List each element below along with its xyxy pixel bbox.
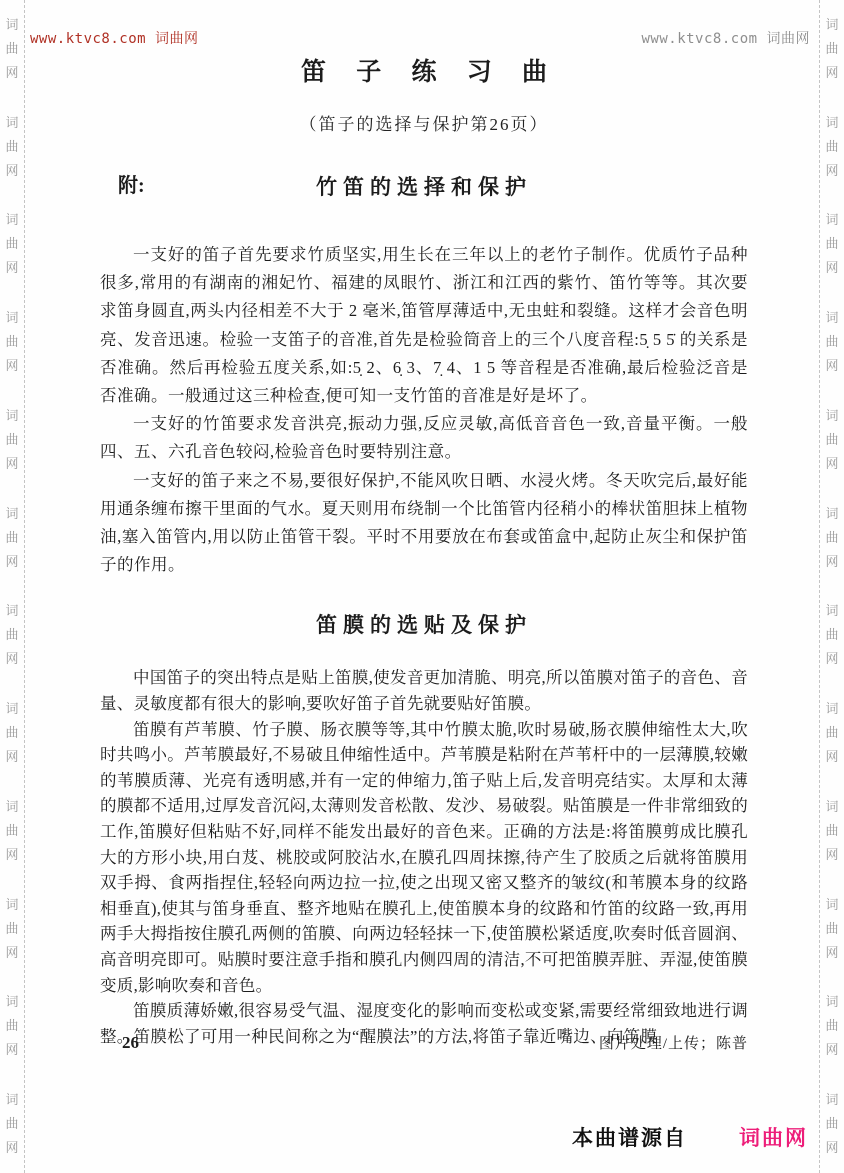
side-watermark-text: 词曲网 xyxy=(5,697,18,769)
side-watermark-text: 词曲网 xyxy=(825,404,838,476)
side-watermark-text: 词曲网 xyxy=(825,795,838,867)
side-watermark-text: 词曲网 xyxy=(5,404,18,476)
page-subtitle: （笛子的选择与保护第26页） xyxy=(100,110,748,135)
side-watermark-text: 词曲网 xyxy=(5,990,18,1062)
section1-paragraph: 一支好的竹笛要求发音洪亮,振动力强,反应灵敏,高低音音色一致,音量平衡。一般四、… xyxy=(100,410,748,466)
side-watermark-text: 词曲网 xyxy=(5,599,18,671)
section2-paragraph: 笛膜有芦苇膜、竹子膜、肠衣膜等等,其中竹膜太脆,吹时易破,肠衣膜伸缩性太大,吹时… xyxy=(100,717,748,999)
section2-body: 中国笛子的突出特点是贴上笛膜,使发音更加清脆、明亮,所以笛膜对笛子的音色、音量、… xyxy=(100,665,748,1049)
side-watermark-text: 词曲网 xyxy=(825,111,838,183)
side-watermark-text: 词曲网 xyxy=(5,111,18,183)
section1-heading-row: 附: 竹笛的选择和保护 xyxy=(100,171,748,215)
section2-paragraph: 中国笛子的突出特点是贴上笛膜,使发音更加清脆、明亮,所以笛膜对笛子的音色、音量、… xyxy=(100,665,748,716)
page-title: 笛 子 练 习 曲 xyxy=(100,52,748,88)
right-watermark-column: 词曲网词曲网词曲网词曲网词曲网词曲网词曲网词曲网词曲网词曲网词曲网词曲网 xyxy=(824,0,840,1173)
side-watermark-text: 词曲网 xyxy=(5,1088,18,1160)
section1-paragraph: 一支好的笛子来之不易,要很好保护,不能风吹日晒、水浸火烤。冬天吹完后,最好能用通… xyxy=(100,467,748,580)
side-watermark-text: 词曲网 xyxy=(5,795,18,867)
left-dashed-rule xyxy=(24,0,25,1173)
footer-row: 26 图片处理/上传；陈普 xyxy=(100,1032,748,1053)
side-watermark-text: 词曲网 xyxy=(5,893,18,965)
page-number: 26 xyxy=(122,1033,139,1053)
side-watermark-text: 词曲网 xyxy=(5,502,18,574)
source-site-name: 词曲网 xyxy=(739,1122,808,1152)
section2-title: 笛膜的选贴及保护 xyxy=(100,609,748,639)
left-watermark-column: 词曲网词曲网词曲网词曲网词曲网词曲网词曲网词曲网词曲网词曲网词曲网词曲网 xyxy=(4,0,20,1173)
attach-label: 附: xyxy=(118,169,145,198)
side-watermark-text: 词曲网 xyxy=(825,1088,838,1160)
side-watermark-text: 词曲网 xyxy=(825,306,838,378)
right-dashed-rule xyxy=(819,0,820,1173)
side-watermark-text: 词曲网 xyxy=(825,502,838,574)
side-watermark-text: 词曲网 xyxy=(5,208,18,280)
source-attribution-row: 本曲谱源自 词曲网 xyxy=(572,1122,808,1152)
section1-title: 竹笛的选择和保护 xyxy=(100,171,748,201)
side-watermark-text: 词曲网 xyxy=(825,697,838,769)
side-watermark-text: 词曲网 xyxy=(825,208,838,280)
side-watermark-text: 词曲网 xyxy=(825,990,838,1062)
side-watermark-text: 词曲网 xyxy=(825,893,838,965)
side-watermark-text: 词曲网 xyxy=(825,13,838,85)
section1-body: 一支好的笛子首先要求竹质坚实,用生长在三年以上的老竹子制作。优质竹子品种很多,常… xyxy=(100,241,748,579)
side-watermark-text: 词曲网 xyxy=(825,599,838,671)
source-prefix-text: 本曲谱源自 xyxy=(572,1122,687,1152)
side-watermark-text: 词曲网 xyxy=(5,306,18,378)
side-watermark-text: 词曲网 xyxy=(5,13,18,85)
upload-credit: 图片处理/上传；陈普 xyxy=(599,1032,748,1053)
scanned-document-page: 词曲网词曲网词曲网词曲网词曲网词曲网词曲网词曲网词曲网词曲网词曲网词曲网 词曲网… xyxy=(0,0,844,1173)
main-text-column: 笛 子 练 习 曲 （笛子的选择与保护第26页） 附: 竹笛的选择和保护 一支好… xyxy=(100,0,748,1049)
section1-paragraph: 一支好的笛子首先要求竹质坚实,用生长在三年以上的老竹子制作。优质竹子品种很多,常… xyxy=(100,241,748,410)
